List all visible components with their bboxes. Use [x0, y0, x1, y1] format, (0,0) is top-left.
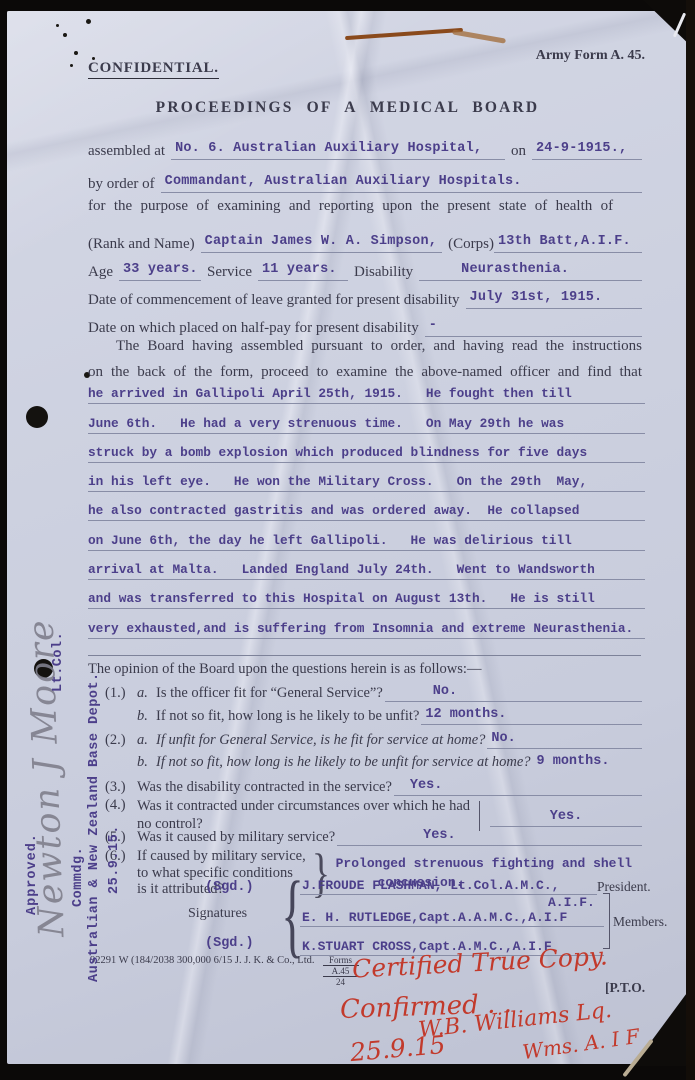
- approver-unit: Australian & New Zealand Base Depot.: [87, 672, 102, 982]
- signature-row-2: E. H. RUTLEDGE,Capt.A.A.M.C.,A.I.F: [300, 908, 604, 927]
- findings-line: he also contracted gastritis and was ord…: [88, 492, 645, 521]
- assembled-at-row: assembled at No. 6. Australian Auxiliary…: [88, 134, 642, 160]
- findings-line: he arrived in Gallipoli April 25th, 1915…: [88, 375, 645, 404]
- question-text: If not so fit, how long is he likely to …: [156, 708, 421, 725]
- question-2a: (2.) a. If unfit for General Service, is…: [105, 730, 642, 749]
- findings-line: struck by a bomb explosion which produce…: [88, 434, 645, 463]
- leave-value: July 31st, 1915.: [466, 289, 642, 309]
- ink-speck: [56, 24, 59, 27]
- question-text: If not so fit, how long is he likely to …: [156, 754, 533, 771]
- leave-label: Date of commencement of leave granted fo…: [88, 292, 466, 309]
- findings-line: on June 6th, the day he left Gallipoli. …: [88, 522, 645, 551]
- findings-line: arrival at Malta. Landed England July 24…: [88, 551, 645, 580]
- ink-speck: [86, 19, 91, 24]
- board-intro-line-1: The Board having assembled pursuant to o…: [88, 333, 642, 359]
- rank-name-label: (Rank and Name): [88, 236, 201, 253]
- pto-label: [P.T.O.: [605, 980, 645, 996]
- age-label: Age: [88, 264, 119, 281]
- ink-speck: [70, 64, 73, 67]
- question-text: Was the disability contracted in the ser…: [137, 779, 394, 796]
- question-sub-letter: b.: [137, 754, 156, 771]
- signatures-label: Signatures: [188, 906, 247, 922]
- approval-date: 25.9.15.: [107, 825, 122, 894]
- question-answer: Prolonged strenuous fighting and shell: [336, 854, 632, 873]
- by-order-label: by order of: [88, 176, 161, 193]
- question-3: (3.) Was the disability contracted in th…: [105, 777, 642, 796]
- form-number: Army Form A. 45.: [500, 48, 645, 64]
- findings-line: and was transferred to this Hospital on …: [88, 580, 645, 609]
- question-answer: Yes.: [490, 809, 642, 827]
- members-role: Members.: [613, 914, 667, 930]
- sgd-label-top: (Sgd.): [205, 880, 254, 895]
- question-text: Was it contracted under circumstances ov…: [137, 797, 470, 815]
- ink-speck: [74, 51, 78, 55]
- corps-label: (Corps): [442, 236, 494, 253]
- sgd-label-bottom: (Sgd.): [205, 936, 254, 951]
- question-sub-letter: a.: [137, 685, 156, 702]
- age-service-disability-row: Age 33 years. Service 11 years. Disabili…: [88, 255, 642, 281]
- assembled-at-value: No. 6. Australian Auxiliary Hospital,: [171, 140, 505, 160]
- findings-line: June 6th. He had a very strenuous time. …: [88, 404, 645, 433]
- by-order-value: Commandant, Australian Auxiliary Hospita…: [161, 173, 642, 193]
- disability-value: Neurasthenia.: [419, 261, 642, 281]
- question-text: If unfit for General Service, is he fit …: [156, 732, 487, 749]
- question-sub-letter: b.: [137, 708, 156, 725]
- on-label: on: [505, 143, 532, 160]
- signatory-name: J.FROUDE FLASHMAN, Lt.Col.A.M.C.,: [300, 878, 597, 895]
- question-2b: b. If not so fit, how long is he likely …: [105, 753, 642, 771]
- service-value: 11 years.: [258, 261, 348, 281]
- findings-line: in his left eye. He won the Military Cro…: [88, 463, 645, 492]
- question-answer: 12 months.: [421, 706, 642, 725]
- findings-line: very exhausted,and is suffering from Ins…: [88, 609, 645, 638]
- scan-edge-right: [686, 0, 695, 1080]
- age-value: 33 years.: [119, 261, 201, 281]
- question-text: Was it caused by military service?: [137, 829, 337, 846]
- corps-value: 13th Batt,A.I.F.: [494, 233, 642, 253]
- assembled-at-label: assembled at: [88, 143, 171, 160]
- commanding-label: Commdg.: [71, 847, 86, 907]
- question-answer: Yes.: [394, 777, 642, 796]
- rank-name-row: (Rank and Name) Captain James W. A. Simp…: [88, 227, 642, 253]
- question-answer: No.: [487, 730, 642, 749]
- by-order-row: by order of Commandant, Australian Auxil…: [88, 167, 642, 193]
- ink-speck: [63, 33, 67, 37]
- disability-label: Disability: [348, 264, 419, 281]
- approval-sidebar: Approved. Newton J Moore Lt.Col. Commdg.…: [25, 620, 131, 992]
- board-date-value: 24-9-1915.,: [532, 140, 642, 160]
- question-answer: 9 months.: [533, 753, 642, 771]
- question-5: (5.) Was it caused by military service? …: [105, 827, 642, 846]
- question-1a: (1.) a. Is the officer fit for “General …: [105, 683, 642, 702]
- service-label: Service: [201, 264, 258, 281]
- section-divider: [88, 655, 641, 656]
- page-title: PROCEEDINGS OF A MEDICAL BOARD: [0, 99, 695, 117]
- signatory-name: E. H. RUTLEDGE,Capt.A.A.M.C.,A.I.F: [300, 910, 604, 927]
- hole-punch: [26, 406, 48, 428]
- opinion-heading: The opinion of the Board upon the questi…: [88, 661, 481, 678]
- leave-row: Date of commencement of leave granted fo…: [88, 283, 642, 309]
- purpose-text: for the purpose of examining and reporti…: [88, 198, 642, 215]
- classification-label: CONFIDENTIAL.: [88, 60, 219, 79]
- approver-rank: Lt.Col.: [51, 632, 66, 692]
- question-text: Is the officer fit for “General Service”…: [156, 685, 385, 702]
- question-answer: Yes.: [337, 827, 642, 846]
- signature-row-1: J.FROUDE FLASHMAN, Lt.Col.A.M.C., Presid…: [300, 878, 651, 895]
- question-answer: No.: [385, 683, 642, 702]
- question-1b: b. If not so fit, how long is he likely …: [105, 706, 642, 725]
- rank-name-value: Captain James W. A. Simpson,: [201, 233, 443, 253]
- question-sub-letter: a.: [137, 732, 156, 749]
